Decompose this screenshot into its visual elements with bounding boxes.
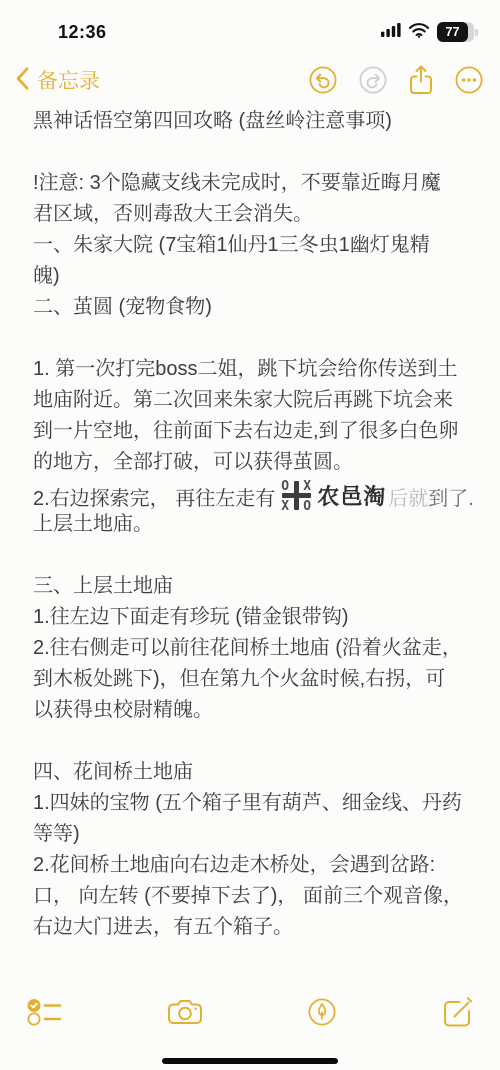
note-line[interactable]: 上层土地庙。 bbox=[33, 509, 476, 540]
camera-button[interactable] bbox=[167, 998, 203, 1029]
note-line[interactable]: 2.花间桥土地庙向右边走木桥处，会遇到岔路: bbox=[33, 850, 476, 881]
note-line[interactable]: 口， 向左转 (不要掉下去了)， 面前三个观音像， bbox=[33, 881, 476, 912]
battery-icon: 77 bbox=[437, 22, 474, 42]
note-line[interactable]: 的地方，全部打破，可以获得茧圆。 bbox=[33, 447, 476, 478]
note-line[interactable] bbox=[33, 323, 476, 354]
watermark: OXXO农邑淘 bbox=[277, 478, 386, 514]
note-line[interactable]: 地庙附近。第二次回来朱家大院后再跳下坑会来 bbox=[33, 385, 476, 416]
note-line[interactable]: 君区域，否则毒敌大王会消失。 bbox=[33, 199, 476, 230]
wifi-icon bbox=[408, 22, 430, 43]
note-line[interactable]: 1.四妹的宝物 (五个箱子里有葫芦、细金线、丹药 bbox=[33, 788, 476, 819]
note-line[interactable]: 1. 第一次打完boss二姐，跳下坑会给你传送到土 bbox=[33, 354, 476, 385]
note-line[interactable]: 等等) bbox=[33, 819, 476, 850]
note-line[interactable]: 一、朱家大院 (7宝箱1仙丹1三冬虫1幽灯鬼精 bbox=[33, 230, 476, 261]
clock: 12:36 bbox=[58, 22, 107, 43]
checklist-icon bbox=[26, 997, 64, 1030]
status-bar: 12:36 77 bbox=[0, 0, 500, 52]
wm-line-before: 2.右边探索完， 再往左走有 bbox=[33, 488, 275, 510]
compose-button[interactable] bbox=[440, 995, 474, 1032]
battery-cap bbox=[475, 29, 478, 36]
note-line[interactable]: 四、花间桥土地庙 bbox=[33, 757, 476, 788]
battery-fill: 77 bbox=[437, 22, 468, 42]
share-icon bbox=[408, 64, 434, 99]
checklist-button[interactable] bbox=[26, 997, 64, 1030]
more-options-button[interactable] bbox=[454, 65, 484, 98]
watermark-logo-icon: OXXO bbox=[277, 478, 317, 514]
wm-line-after: 到了. bbox=[428, 488, 474, 510]
redo-icon bbox=[358, 65, 388, 98]
battery-percent: 77 bbox=[446, 25, 460, 39]
undo-button[interactable] bbox=[308, 65, 338, 98]
undo-icon bbox=[308, 65, 338, 98]
nav-bar: 备忘录 bbox=[0, 52, 500, 110]
markup-button[interactable] bbox=[307, 997, 337, 1030]
note-line[interactable]: 到一片空地，往前面下去右边走,到了很多白色卵 bbox=[33, 416, 476, 447]
note-line[interactable]: 黑神话悟空第四回攻略 (盘丝岭注意事项) bbox=[33, 106, 476, 137]
back-label: 备忘录 bbox=[37, 71, 100, 92]
home-indicator[interactable] bbox=[162, 1058, 338, 1064]
bottom-toolbar bbox=[0, 984, 500, 1042]
note-line[interactable]: 2.往右侧走可以前往花间桥土地庙 (沿着火盆走， bbox=[33, 633, 476, 664]
redo-button[interactable] bbox=[358, 65, 388, 98]
note-line[interactable]: 右边大门进去，有五个箱子。 bbox=[33, 912, 476, 943]
note-line[interactable]: 三、上层土地庙 bbox=[33, 571, 476, 602]
cellular-signal-icon bbox=[381, 23, 401, 42]
note-line[interactable]: 以获得虫校尉精魄。 bbox=[33, 695, 476, 726]
note-line[interactable] bbox=[33, 137, 476, 168]
note-line[interactable] bbox=[33, 726, 476, 757]
ellipsis-circle-icon bbox=[454, 65, 484, 98]
note-line[interactable]: 到木板处跳下)，但在第九个火盆时候,右拐，可 bbox=[33, 664, 476, 695]
note-editor[interactable]: 黑神话悟空第四回攻略 (盘丝岭注意事项)!注意: 3个隐藏支线未完成时，不要靠近… bbox=[33, 106, 476, 943]
camera-icon bbox=[167, 998, 203, 1029]
nav-actions bbox=[308, 64, 484, 99]
watermark-text: 农邑淘 bbox=[317, 481, 386, 512]
note-line[interactable]: !注意: 3个隐藏支线未完成时，不要靠近晦月魔 bbox=[33, 168, 476, 199]
note-line[interactable]: 二、茧圆 (宠物食物) bbox=[33, 292, 476, 323]
chevron-left-icon bbox=[16, 67, 29, 96]
compose-icon bbox=[440, 995, 474, 1032]
share-button[interactable] bbox=[408, 64, 434, 99]
wm-line-faint: 后就 bbox=[388, 488, 428, 510]
back-button[interactable]: 备忘录 bbox=[16, 67, 100, 96]
markup-pen-icon bbox=[307, 997, 337, 1030]
note-line[interactable]: 1.往左边下面走有珍玩 (错金银带钩) bbox=[33, 602, 476, 633]
note-line-watermarked[interactable]: 2.右边探索完， 再往左走有OXXO农邑淘后就到了. bbox=[33, 478, 476, 509]
note-line[interactable]: 魄) bbox=[33, 261, 476, 292]
status-icons: 77 bbox=[381, 22, 478, 43]
note-line[interactable] bbox=[33, 540, 476, 571]
